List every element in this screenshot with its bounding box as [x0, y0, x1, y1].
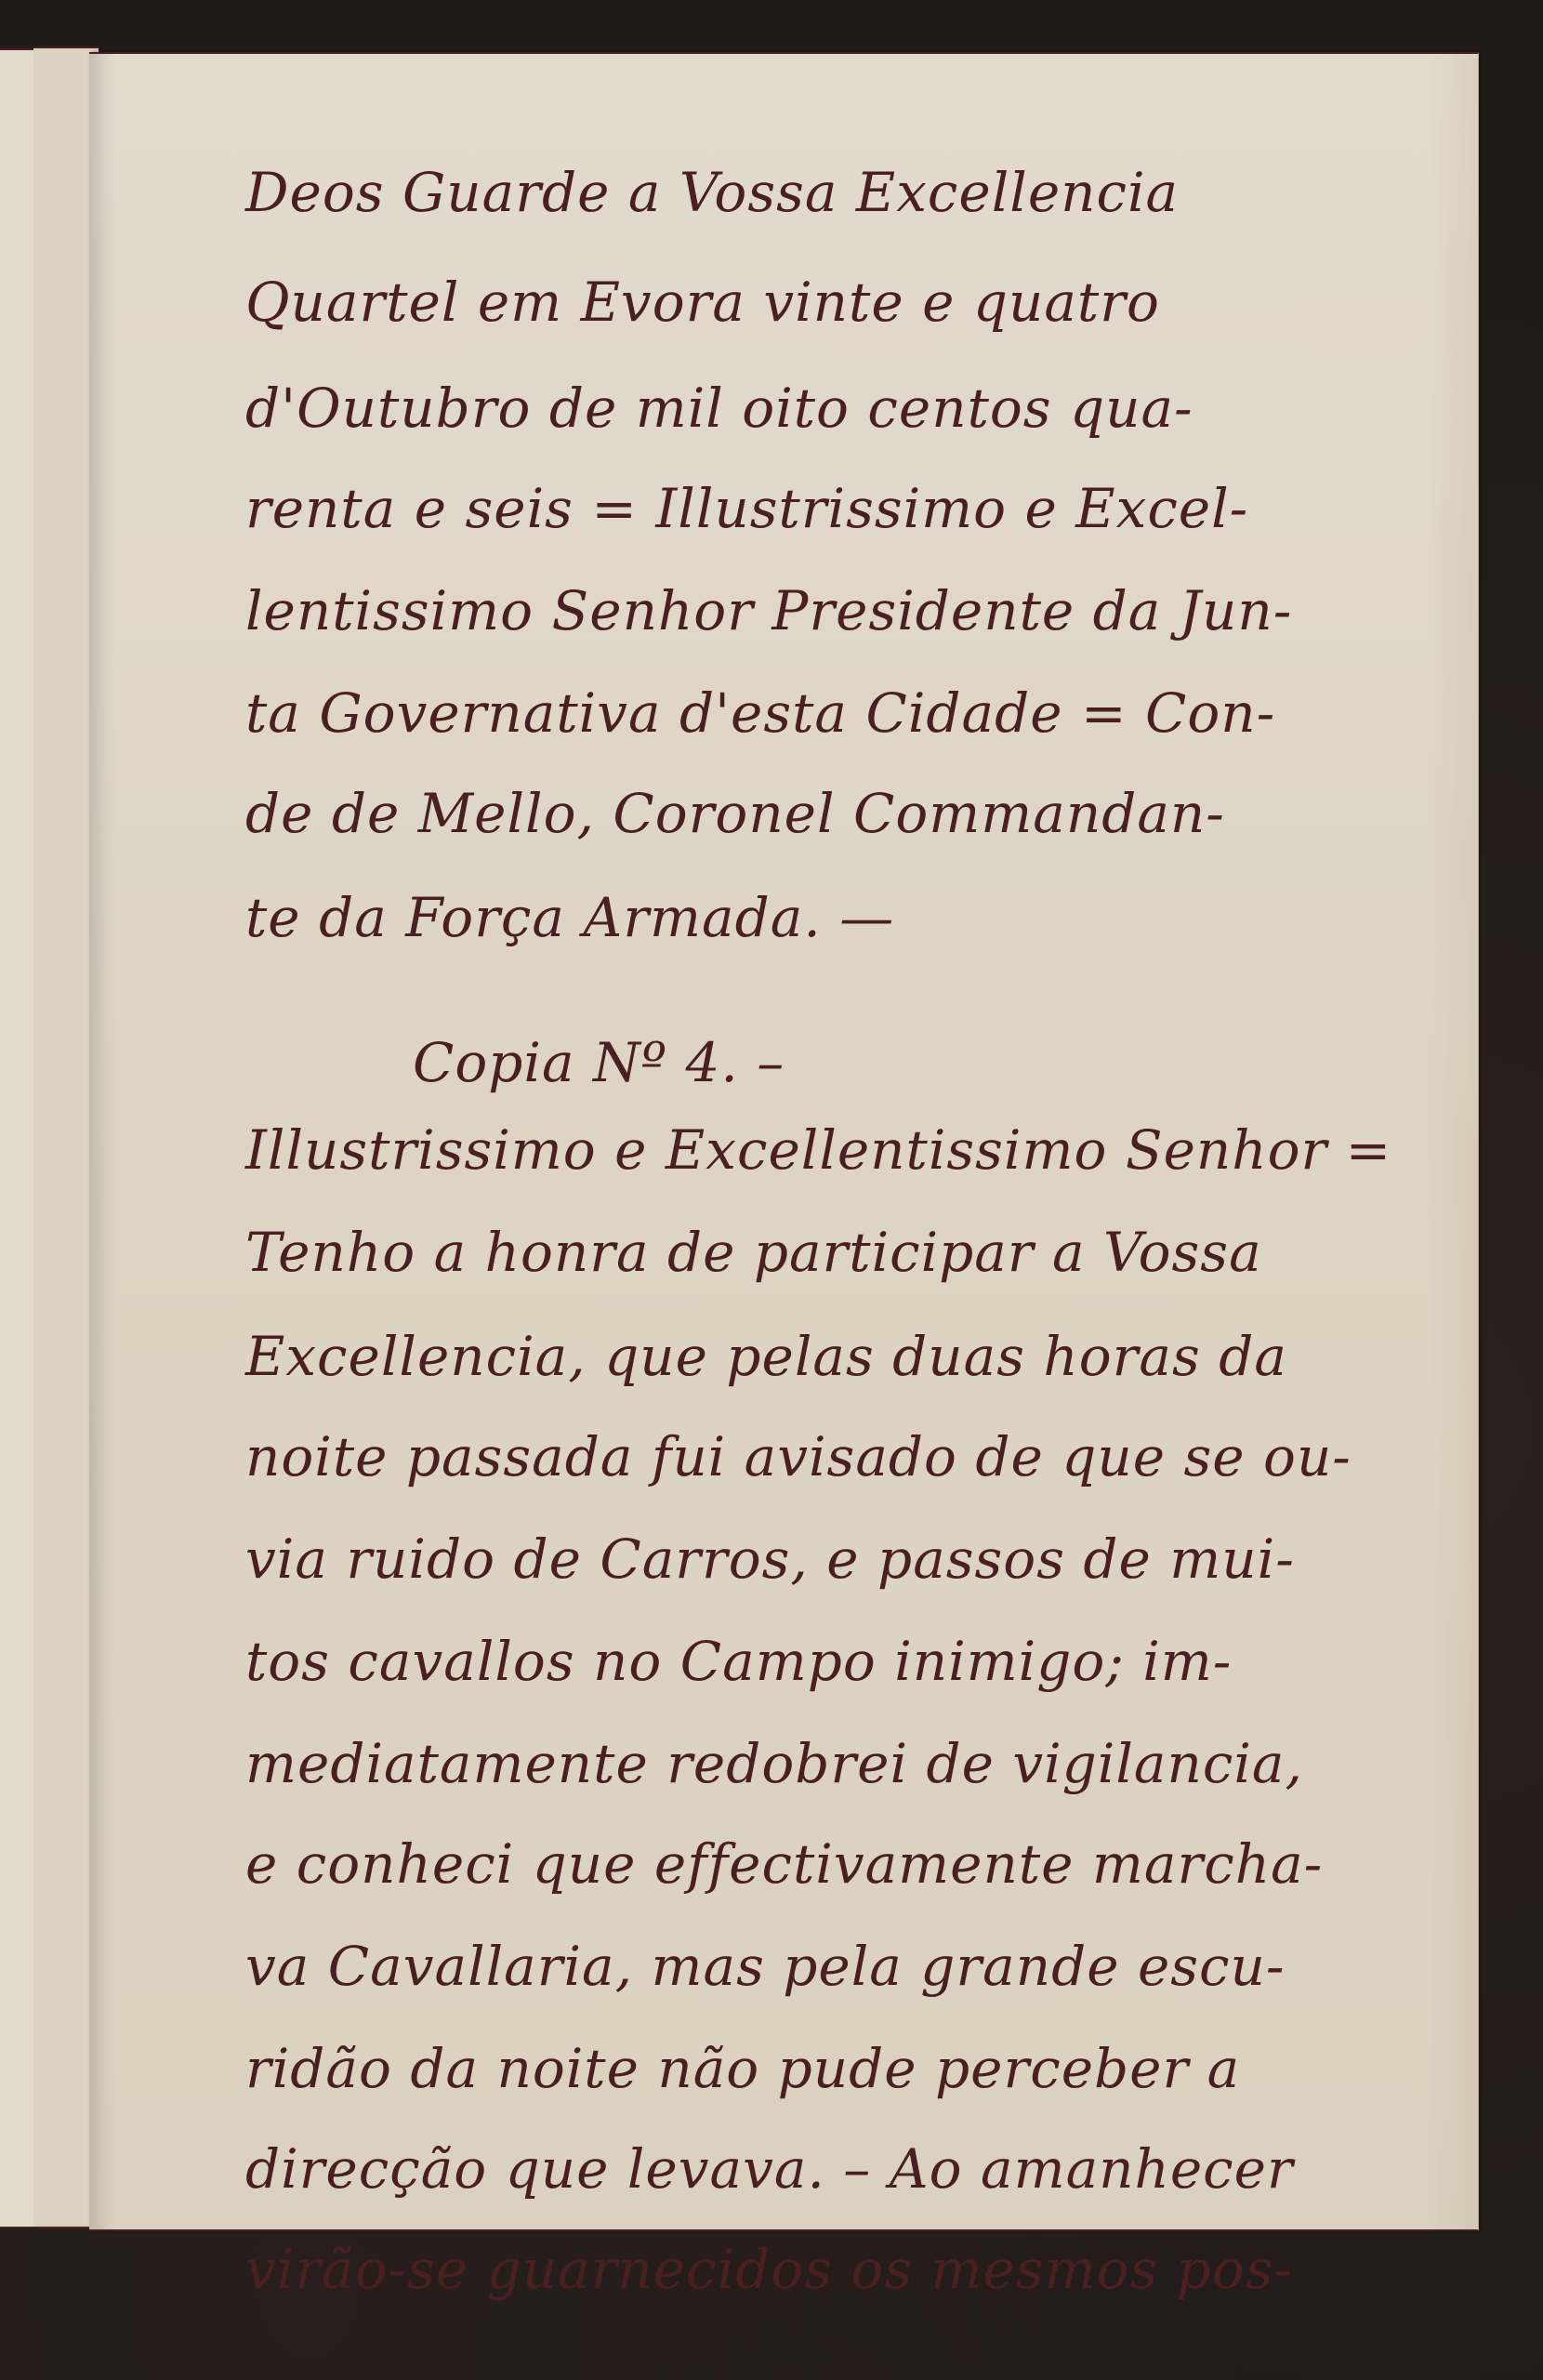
text-line: direcção que levava. – Ao amanhecer [245, 2142, 1294, 2196]
text-line: Illustrissimo e Excellentissimo Senhor = [245, 1123, 1391, 1177]
copy-heading: Copia Nº 4. – [413, 1036, 785, 1090]
text-line: Tenho a honra de participar a Vossa [245, 1225, 1262, 1279]
text-line: va Cavallaria, mas pela grande escu- [245, 1939, 1286, 1993]
text-line: renta e seis = Illustrissimo e Excel- [245, 482, 1248, 535]
text-line: de de Mello, Coronel Commandan- [245, 787, 1225, 840]
text-line: mediatamente redobrei de vigilancia, [245, 1737, 1303, 1791]
text-line: d'Outubro de mil oito centos qua- [245, 381, 1194, 435]
text-line: Quartel em Evora vinte e quatro [245, 275, 1160, 329]
text-line: lentissimo Senhor Presidente da Jun- [245, 584, 1292, 638]
text-line: ridão da noite não pude perceber a [245, 2042, 1240, 2096]
gutter-shadow [89, 54, 110, 2229]
manuscript-page: Deos Guarde a Vossa Excellencia Quartel … [89, 52, 1479, 2231]
text-line: virão-se guarnecidos os mesmos pos- [245, 2242, 1293, 2296]
text-line: noite passada fui avisado de que se ou- [245, 1430, 1352, 1484]
text-line: Excellencia, que pelas duas horas da [245, 1329, 1287, 1383]
text-line: e conheci que effectivamente marcha- [245, 1837, 1323, 1891]
text-line: te da Força Armada. — [245, 891, 894, 945]
text-line: tos cavallos no Campo inimigo; im- [245, 1634, 1232, 1688]
text-line: Deos Guarde a Vossa Excellencia [245, 165, 1179, 219]
text-line: ta Governativa d'esta Cidade = Con- [245, 686, 1275, 740]
text-line: via ruido de Carros, e passos de mui- [245, 1532, 1295, 1586]
